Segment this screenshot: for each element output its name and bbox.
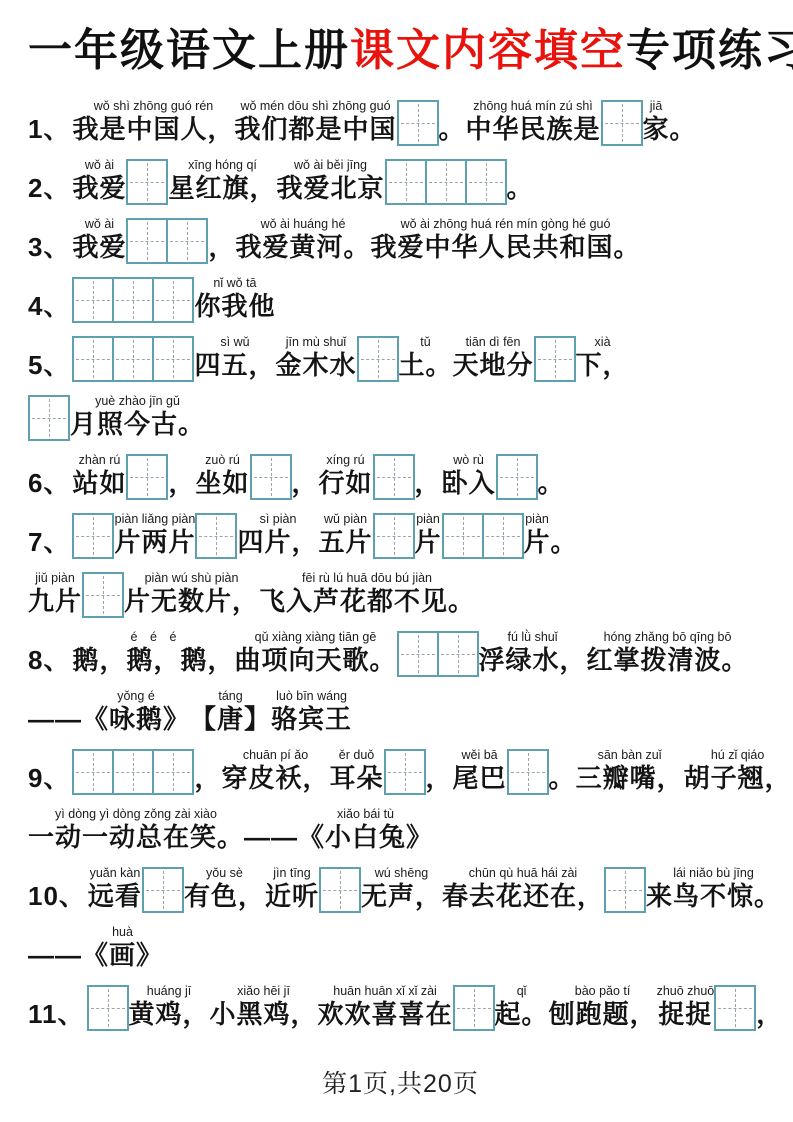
answer-box[interactable] <box>126 218 168 264</box>
pinyin: huáng jī <box>147 985 191 998</box>
worksheet-line: 1、wǒ shì zhōng guó rén我是中国人，wǒ mén dōu s… <box>28 87 773 146</box>
answer-box-group <box>72 336 194 382</box>
answer-box[interactable] <box>425 159 467 205</box>
pinyin-text-token: piàn wú shù piàn片无数片， <box>124 572 259 617</box>
answer-box[interactable] <box>601 100 643 146</box>
pinyin-text-token: zuò rú坐如 <box>196 454 250 499</box>
pinyin: yuè zhào jīn gǔ <box>95 395 180 408</box>
hanzi-text: 你我他 <box>194 291 275 322</box>
answer-box-group <box>385 159 507 205</box>
answer-box[interactable] <box>72 336 114 382</box>
answer-box[interactable] <box>72 513 114 559</box>
pinyin: luò bīn wáng <box>276 690 347 703</box>
hanzi-text: 星红旗， <box>168 173 276 204</box>
pinyin: wǔ piàn <box>324 513 367 526</box>
plain-text: 。 <box>549 763 576 794</box>
answer-box-group <box>126 454 168 500</box>
answer-box-group <box>496 454 538 500</box>
pinyin-text-token: zhōng huá mín zú shì中华民族是 <box>466 100 601 145</box>
answer-box[interactable] <box>507 749 549 795</box>
pinyin: sì piàn <box>260 513 297 526</box>
pinyin-text-token: wǒ ài我爱 <box>72 218 126 263</box>
hanzi-text: 尾巴 <box>453 763 507 794</box>
hanzi-text: 金木水 <box>275 350 356 381</box>
pinyin: ěr duǒ <box>339 749 374 762</box>
hanzi-text: 起。 <box>495 999 549 1030</box>
pinyin: qǔ xiàng xiàng tiān gē <box>255 631 377 644</box>
hanzi-text: 九片 <box>28 586 82 617</box>
pinyin: wǒ ài <box>85 159 114 172</box>
answer-box-group <box>82 572 124 618</box>
pinyin: zhuō zhuō <box>657 985 715 998</box>
answer-box[interactable] <box>195 513 237 559</box>
hanzi-text: 来鸟不惊。 <box>646 881 781 912</box>
worksheet-line: 7、piàn liǎng piàn片两片sì piàn四片，wǔ piàn五片p… <box>28 500 773 559</box>
hanzi-text: 《咏鹅》 <box>82 704 190 735</box>
pinyin: táng <box>218 690 242 703</box>
pinyin-text-token: xíng rú行如 <box>319 454 373 499</box>
line-number: 10、 <box>28 881 86 912</box>
line-number: 9、 <box>28 763 70 794</box>
hanzi-text: 耳朵 <box>330 763 384 794</box>
hanzi-text: 刨跑题， <box>549 999 657 1030</box>
plain-text: —— <box>28 704 82 735</box>
worksheet-line: 6、zhàn rú站如，zuò rú坐如，xíng rú行如，wò rù卧入。 <box>28 441 773 500</box>
worksheet-line: 9、，chuān pí ǎo穿皮袄，ěr duǒ耳朵，wěi bā尾巴。sān … <box>28 736 773 795</box>
pinyin-text-token: wǒ ài huáng hé我爱黄河。 <box>236 218 371 263</box>
pinyin: zuò rú <box>205 454 240 467</box>
pinyin-text-token: xiǎo bái tù《小白兔》 <box>298 808 433 853</box>
pinyin-text-token: hóng zhǎng bō qīng bō红掌拨清波。 <box>587 631 749 676</box>
hanzi-text: 我爱 <box>72 173 126 204</box>
pinyin-text-token: xiǎo hēi jī小黑鸡， <box>210 985 318 1030</box>
answer-box[interactable] <box>437 631 479 677</box>
answer-box[interactable] <box>166 218 208 264</box>
plain-text: 。 <box>507 173 534 204</box>
pinyin: wǒ ài <box>85 218 114 231</box>
hanzi-text: 家 <box>643 114 670 145</box>
answer-box[interactable] <box>397 631 439 677</box>
hanzi-text: 我是中国人， <box>72 114 234 145</box>
hanzi-text: 我爱 <box>72 232 126 263</box>
pinyin-text-token: wǒ shì zhōng guó rén我是中国人， <box>72 100 234 145</box>
pinyin: zhōng huá mín zú shì <box>473 100 593 113</box>
pinyin-text-token: sān bàn zuǐ三瓣嘴， <box>576 749 684 794</box>
answer-box[interactable] <box>250 454 292 500</box>
answer-box-group <box>442 513 524 559</box>
worksheet-line: ——huà《画》 <box>28 913 773 972</box>
answer-box[interactable] <box>319 867 361 913</box>
line-number: 4、 <box>28 291 70 322</box>
answer-box-group <box>142 867 184 913</box>
pinyin-text-token: wǒ mén dōu shì zhōng guó我们都是中国 <box>234 100 396 145</box>
answer-box[interactable] <box>714 985 756 1031</box>
pinyin-text-token: yǒu sè有色， <box>184 867 265 912</box>
hanzi-text: 鹅，鹅，鹅， <box>72 645 234 676</box>
plain-text: 。 <box>439 114 466 145</box>
pinyin-text-token: zhàn rú站如 <box>72 454 126 499</box>
line-number: 2、 <box>28 173 70 204</box>
pinyin-text-token: piàn liǎng piàn片两片 <box>114 513 195 558</box>
pinyin-text-token: xīng hóng qí星红旗， <box>168 159 276 204</box>
answer-box-group <box>72 513 114 559</box>
hanzi-text: 片 <box>524 527 551 558</box>
hanzi-text: 中华民族是 <box>466 114 601 145</box>
pinyin-text-token: wú shēng无声， <box>361 867 442 912</box>
answer-box[interactable] <box>28 395 70 441</box>
pinyin: sān bàn zuǐ <box>598 749 662 762</box>
answer-box-group <box>72 749 194 795</box>
plain-text: —— <box>28 940 82 971</box>
pinyin-text-token: tiān dì fēn天地分 <box>453 336 534 381</box>
answer-box-group <box>604 867 646 913</box>
pinyin: qǐ <box>517 985 527 998</box>
hanzi-text: 月照今古。 <box>70 409 205 440</box>
pinyin: hú zǐ qiáo <box>711 749 765 762</box>
hanzi-text: 一动一动总在笑。 <box>28 822 244 853</box>
hanzi-text: 片 <box>415 527 442 558</box>
line-number: 1、 <box>28 114 70 145</box>
pinyin: wǒ ài zhōng huá rén mín gòng hé guó <box>401 218 611 231</box>
answer-box-group <box>126 218 208 264</box>
worksheet-lines: 1、wǒ shì zhōng guó rén我是中国人，wǒ mén dōu s… <box>28 87 773 1031</box>
pinyin: jiā <box>650 100 663 113</box>
pinyin: yǒng é <box>117 690 155 703</box>
pinyin: wǒ shì zhōng guó rén <box>94 100 214 113</box>
pinyin-text-token: wǒ ài zhōng huá rén mín gòng hé guó我爱中华人… <box>371 218 641 263</box>
hanzi-text: 四片， <box>237 527 318 558</box>
pinyin: xíng rú <box>326 454 364 467</box>
plain-text: ， <box>415 468 442 499</box>
hanzi-text: 飞入芦花都不见。 <box>259 586 475 617</box>
answer-box[interactable] <box>442 513 484 559</box>
pinyin-text-token: yuè zhào jīn gǔ月照今古。 <box>70 395 205 440</box>
pinyin-text-token: yǒng é《咏鹅》 <box>82 690 190 735</box>
answer-box-group <box>601 100 643 146</box>
pinyin-text-token: zhuō zhuō捉捉 <box>657 985 715 1030</box>
pinyin: wěi bā <box>461 749 497 762</box>
pinyin-text-token: jìn tīng近听 <box>265 867 319 912</box>
line-number: 8、 <box>28 645 70 676</box>
pinyin: wò rù <box>453 454 484 467</box>
pinyin: é é é <box>131 631 177 644</box>
answer-box-group <box>87 985 129 1031</box>
answer-box-group <box>453 985 495 1031</box>
answer-box[interactable] <box>112 277 154 323</box>
hanzi-text: 无声， <box>361 881 442 912</box>
answer-box[interactable] <box>126 159 168 205</box>
hanzi-text: 站如 <box>72 468 126 499</box>
pinyin-text-token: wěi bā尾巴 <box>453 749 507 794</box>
answer-box[interactable] <box>604 867 646 913</box>
pinyin-text-token: táng【唐】 <box>190 690 271 735</box>
answer-box[interactable] <box>453 985 495 1031</box>
answer-box-group <box>250 454 292 500</box>
pinyin: xiǎo bái tù <box>337 808 394 821</box>
answer-box[interactable] <box>357 336 399 382</box>
answer-box[interactable] <box>482 513 524 559</box>
hanzi-text: 天地分 <box>453 350 534 381</box>
hanzi-text: 五片 <box>319 527 373 558</box>
worksheet-line: 4、nǐ wǒ tā你我他 <box>28 264 773 323</box>
answer-box[interactable] <box>82 572 124 618</box>
pinyin: jìn tīng <box>273 867 311 880</box>
hanzi-text: 曲项向天歌。 <box>234 645 396 676</box>
hanzi-text: 片无数片， <box>124 586 259 617</box>
answer-box[interactable] <box>72 749 114 795</box>
pinyin: bào pǎo tí <box>575 985 631 998</box>
title-part-red: 课文内容填空 <box>350 26 626 75</box>
pinyin: lái niǎo bù jīng <box>673 867 754 880</box>
plain-text: ， <box>194 763 221 794</box>
pinyin: wǒ mén dōu shì zhōng guó <box>240 100 390 113</box>
page-number: 第1页,共20页 <box>28 1064 773 1112</box>
pinyin: tǔ <box>420 336 430 349</box>
hanzi-text: 小黑鸡， <box>210 999 318 1030</box>
pinyin: tiān dì fēn <box>466 336 521 349</box>
answer-box-group <box>319 867 361 913</box>
pinyin-text-token: wǒ ài我爱 <box>72 159 126 204</box>
pinyin: chūn qù huā hái zài <box>469 867 577 880</box>
title-part-black-left: 一年级语文上册 <box>28 26 350 75</box>
hanzi-text: 四五， <box>194 350 275 381</box>
pinyin-text-token: fēi rù lú huā dōu bú jiàn飞入芦花都不见。 <box>259 572 475 617</box>
pinyin-text-token: huáng jī黄鸡， <box>129 985 210 1030</box>
pinyin: xià <box>595 336 611 349</box>
plain-text: 。 <box>670 114 697 145</box>
plain-text: ， <box>168 468 195 499</box>
hanzi-text: 骆宾王 <box>271 704 352 735</box>
worksheet-line: 5、sì wǔ四五，jīn mù shuǐ金木水tǔ土。tiān dì fēn天… <box>28 323 773 382</box>
answer-box-group <box>714 985 756 1031</box>
plain-text: 。 <box>551 527 578 558</box>
answer-box[interactable] <box>373 513 415 559</box>
hanzi-text: 胡子翘， <box>684 763 792 794</box>
worksheet-line: yuè zhào jīn gǔ月照今古。 <box>28 382 773 441</box>
plain-text: —— <box>244 822 298 853</box>
hanzi-text: 有色， <box>184 881 265 912</box>
answer-box-group <box>397 631 479 677</box>
pinyin: chuān pí ǎo <box>243 749 308 762</box>
pinyin: huān huān xǐ xǐ zài <box>333 985 437 998</box>
hanzi-text: 我爱黄河。 <box>236 232 371 263</box>
answer-box[interactable] <box>384 749 426 795</box>
pinyin: xīng hóng qí <box>188 159 257 172</box>
pinyin-text-token: huà《画》 <box>82 926 163 971</box>
worksheet-line: jiǔ piàn九片piàn wú shù piàn片无数片，fēi rù lú… <box>28 559 773 618</box>
pinyin: fú lǜ shuǐ <box>507 631 557 644</box>
worksheet-page: 一年级语文上册课文内容填空专项练习 1、wǒ shì zhōng guó rén… <box>0 0 793 1122</box>
pinyin-text-token: chuān pí ǎo穿皮袄， <box>221 749 329 794</box>
pinyin: piàn wú shù piàn <box>145 572 239 585</box>
pinyin: zhàn rú <box>79 454 121 467</box>
hanzi-text: 坐如 <box>196 468 250 499</box>
plain-text: ， <box>426 763 453 794</box>
worksheet-line: 8、é é é鹅，鹅，鹅，qǔ xiàng xiàng tiān gē曲项向天歌… <box>28 618 773 677</box>
hanzi-text: 《小白兔》 <box>298 822 433 853</box>
pinyin-text-token: ěr duǒ耳朵 <box>330 749 384 794</box>
pinyin: piàn <box>416 513 440 526</box>
answer-box[interactable] <box>72 277 114 323</box>
line-number: 3、 <box>28 232 70 263</box>
pinyin-text-token: luò bīn wáng骆宾王 <box>271 690 352 735</box>
hanzi-text: 【唐】 <box>190 704 271 735</box>
page-title: 一年级语文上册课文内容填空专项练习 <box>28 26 773 77</box>
worksheet-line: 3、wǒ ài我爱，wǒ ài huáng hé我爱黄河。wǒ ài zhōng… <box>28 205 773 264</box>
pinyin-text-token: huān huān xǐ xǐ zài欢欢喜喜在 <box>318 985 453 1030</box>
plain-text: ， <box>756 999 783 1030</box>
answer-box[interactable] <box>152 749 194 795</box>
pinyin-text-token: lái niǎo bù jīng来鸟不惊。 <box>646 867 781 912</box>
answer-box-group <box>507 749 549 795</box>
pinyin-text-token: yuǎn kàn远看 <box>88 867 142 912</box>
hanzi-text: 行如 <box>319 468 373 499</box>
answer-box[interactable] <box>87 985 129 1031</box>
hanzi-text: 下， <box>576 350 630 381</box>
pinyin-text-token: qǔ xiàng xiàng tiān gē曲项向天歌。 <box>234 631 396 676</box>
pinyin-text-token: wǒ ài běi jīng我爱北京 <box>277 159 385 204</box>
pinyin: jiǔ piàn <box>35 572 75 585</box>
pinyin: yì dòng yì dòng zǒng zài xiào <box>55 808 217 821</box>
answer-box[interactable] <box>397 100 439 146</box>
answer-box-group <box>373 513 415 559</box>
hanzi-text: 我爱中华人民共和国。 <box>371 232 641 263</box>
answer-box-group <box>126 159 168 205</box>
hanzi-text: 远看 <box>88 881 142 912</box>
pinyin: xiǎo hēi jī <box>237 985 290 998</box>
pinyin: fēi rù lú huā dōu bú jiàn <box>302 572 432 585</box>
plain-text: ， <box>292 468 319 499</box>
pinyin-text-token: piàn片 <box>415 513 442 558</box>
pinyin: jīn mù shuǐ <box>286 336 346 349</box>
answer-box[interactable] <box>496 454 538 500</box>
worksheet-line: yì dòng yì dòng zǒng zài xiào一动一动总在笑。——x… <box>28 795 773 854</box>
hanzi-text: 浮绿水， <box>479 645 587 676</box>
pinyin-text-token: wò rù卧入 <box>442 454 496 499</box>
pinyin-text-token: tǔ土。 <box>399 336 453 381</box>
answer-box[interactable] <box>126 454 168 500</box>
worksheet-line: 10、yuǎn kàn远看yǒu sè有色，jìn tīng近听wú shēng… <box>28 854 773 913</box>
hanzi-text: 近听 <box>265 881 319 912</box>
plain-text: 。 <box>538 468 565 499</box>
pinyin: piàn <box>525 513 549 526</box>
pinyin-text-token: é é é鹅，鹅，鹅， <box>72 631 234 676</box>
answer-box[interactable] <box>112 336 154 382</box>
pinyin-text-token: jīn mù shuǐ金木水 <box>275 336 356 381</box>
answer-box[interactable] <box>373 454 415 500</box>
worksheet-line: ——yǒng é《咏鹅》táng【唐】luò bīn wáng骆宾王 <box>28 677 773 736</box>
hanzi-text: 三瓣嘴， <box>576 763 684 794</box>
title-part-black-right: 专项练习 <box>626 26 793 75</box>
pinyin-text-token: sì wǔ四五， <box>194 336 275 381</box>
hanzi-text: 我爱北京 <box>277 173 385 204</box>
pinyin-text-token: nǐ wǒ tā你我他 <box>194 277 275 322</box>
hanzi-text: 土。 <box>399 350 453 381</box>
answer-box-group <box>195 513 237 559</box>
pinyin: wǒ ài huáng hé <box>261 218 346 231</box>
line-number: 7、 <box>28 527 70 558</box>
line-number: 11、 <box>28 999 85 1030</box>
hanzi-text: 卧入 <box>442 468 496 499</box>
answer-box-group <box>28 395 70 441</box>
hanzi-text: 春去花还在， <box>442 881 604 912</box>
pinyin: yǒu sè <box>206 867 243 880</box>
hanzi-text: 捉捉 <box>658 999 712 1030</box>
answer-box[interactable] <box>534 336 576 382</box>
pinyin-text-token: fú lǜ shuǐ浮绿水， <box>479 631 587 676</box>
pinyin-text-token: piàn片 <box>524 513 551 558</box>
answer-box[interactable] <box>465 159 507 205</box>
hanzi-text: 片两片 <box>114 527 195 558</box>
answer-box-group <box>397 100 439 146</box>
worksheet-line: 2、wǒ ài我爱xīng hóng qí星红旗，wǒ ài běi jīng我… <box>28 146 773 205</box>
pinyin-text-token: xià下， <box>576 336 630 381</box>
answer-box[interactable] <box>142 867 184 913</box>
hanzi-text: 红掌拨清波。 <box>587 645 749 676</box>
pinyin: huà <box>112 926 133 939</box>
pinyin-text-token: chūn qù huā hái zài春去花还在， <box>442 867 604 912</box>
answer-box[interactable] <box>152 277 194 323</box>
pinyin-text-token: wǔ piàn五片 <box>319 513 373 558</box>
answer-box[interactable] <box>385 159 427 205</box>
line-number: 6、 <box>28 468 70 499</box>
hanzi-text: 穿皮袄， <box>221 763 329 794</box>
pinyin: sì wǔ <box>220 336 249 349</box>
answer-box-group <box>534 336 576 382</box>
answer-box-group <box>373 454 415 500</box>
worksheet-line: 11、huáng jī黄鸡，xiǎo hēi jī小黑鸡，huān huān x… <box>28 972 773 1031</box>
hanzi-text: 《画》 <box>82 940 163 971</box>
pinyin-text-token: qǐ起。 <box>495 985 549 1030</box>
answer-box-group <box>384 749 426 795</box>
pinyin-text-token: sì piàn四片， <box>237 513 318 558</box>
plain-text: ， <box>208 232 235 263</box>
hanzi-text: 黄鸡， <box>129 999 210 1030</box>
pinyin: wǒ ài běi jīng <box>294 159 367 172</box>
pinyin: yuǎn kàn <box>90 867 141 880</box>
answer-box-group <box>72 277 194 323</box>
pinyin: wú shēng <box>375 867 429 880</box>
pinyin: piàn liǎng piàn <box>115 513 196 526</box>
hanzi-text: 我们都是中国 <box>234 114 396 145</box>
pinyin-text-token: hú zǐ qiáo胡子翘， <box>684 749 792 794</box>
pinyin-text-token: yì dòng yì dòng zǒng zài xiào一动一动总在笑。 <box>28 808 244 853</box>
pinyin-text-token: jiǔ piàn九片 <box>28 572 82 617</box>
line-number: 5、 <box>28 350 70 381</box>
pinyin-text-token: jiā家 <box>643 100 670 145</box>
pinyin-text-token: bào pǎo tí刨跑题， <box>549 985 657 1030</box>
answer-box[interactable] <box>152 336 194 382</box>
hanzi-text: 欢欢喜喜在 <box>318 999 453 1030</box>
pinyin: nǐ wǒ tā <box>213 277 256 290</box>
answer-box-group <box>357 336 399 382</box>
answer-box[interactable] <box>112 749 154 795</box>
pinyin: hóng zhǎng bō qīng bō <box>604 631 732 644</box>
